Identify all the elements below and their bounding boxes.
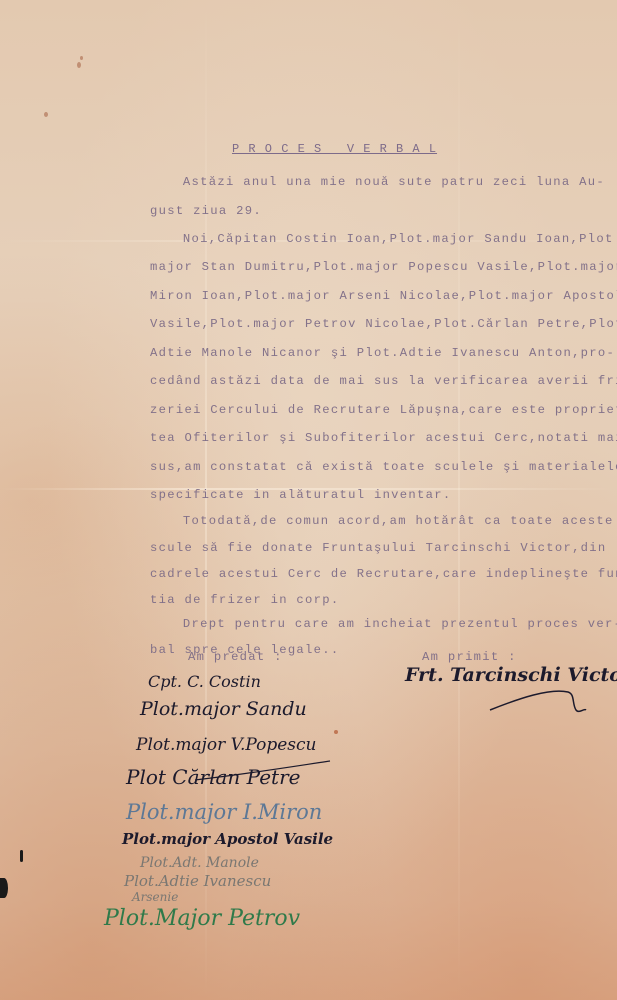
signature: Plot.major V.Popescu bbox=[136, 735, 316, 755]
text-line: gust ziua 29. bbox=[150, 204, 262, 218]
signature: Plot.major Apostol Vasile bbox=[122, 830, 333, 848]
signature: Plot.Adtie Ivanescu bbox=[124, 872, 271, 890]
signature-flourish bbox=[480, 680, 590, 720]
text-line: Miron Ioan,Plot.major Arseni Nicolae,Plo… bbox=[150, 289, 617, 303]
text-line: Drept pentru care am incheiat prezentul … bbox=[114, 617, 617, 631]
text-line: zeriei Cercului de Recrutare Lăpuşna,car… bbox=[150, 403, 617, 417]
ink-mark bbox=[20, 850, 23, 862]
text-line: Astăzi anul una mie nouă sute patru zeci… bbox=[114, 175, 605, 189]
binder-hole bbox=[0, 878, 8, 898]
signature-flourish bbox=[190, 755, 340, 785]
text-line: tia de frizer in corp. bbox=[150, 593, 340, 607]
text-line: major Stan Dumitru,Plot.major Popescu Va… bbox=[150, 260, 617, 274]
text-line: tea Ofiterilor şi Subofiterilor acestui … bbox=[150, 431, 617, 445]
signature: Plot.major I.Miron bbox=[126, 800, 322, 824]
ink-spot bbox=[80, 56, 83, 60]
text-line: cedând astăzi data de mai sus la verific… bbox=[150, 374, 617, 388]
text-line: specificate in alăturatul inventar. bbox=[150, 488, 451, 502]
ink-spot bbox=[334, 730, 338, 734]
text-line: Totodată,de comun acord,am hotărât ca to… bbox=[114, 514, 614, 528]
text-line: Vasile,Plot.major Petrov Nicolae,Plot.Că… bbox=[150, 317, 617, 331]
signature: Cpt. C. Costin bbox=[148, 672, 261, 691]
document-title: P R O C E S V E R B A L bbox=[232, 142, 437, 156]
signature: Arsenie bbox=[132, 890, 178, 904]
text-line: cadrele acestui Cerc de Recrutare,care i… bbox=[150, 567, 617, 581]
ink-spot bbox=[77, 62, 81, 68]
text-line: sus,am constatat că există toate sculele… bbox=[150, 460, 617, 474]
signature: Plot.Major Petrov bbox=[104, 906, 300, 931]
text-line: Noi,Căpitan Costin Ioan,Plot.major Sandu… bbox=[114, 232, 614, 246]
received-label: Am primit : bbox=[422, 650, 517, 664]
text-line: scule să fie donate Fruntaşului Tarcinsc… bbox=[150, 541, 607, 555]
fold-crease bbox=[458, 0, 460, 1000]
ink-spot bbox=[44, 112, 48, 117]
signature: Plot.major Sandu bbox=[140, 698, 307, 720]
signature: Plot.Adt. Manole bbox=[140, 855, 259, 871]
document-page: P R O C E S V E R B A L Astăzi anul una … bbox=[0, 0, 617, 1000]
text-line: Adtie Manole Nicanor şi Plot.Adtie Ivane… bbox=[150, 346, 615, 360]
handed-over-label: Am predat : bbox=[188, 650, 283, 664]
